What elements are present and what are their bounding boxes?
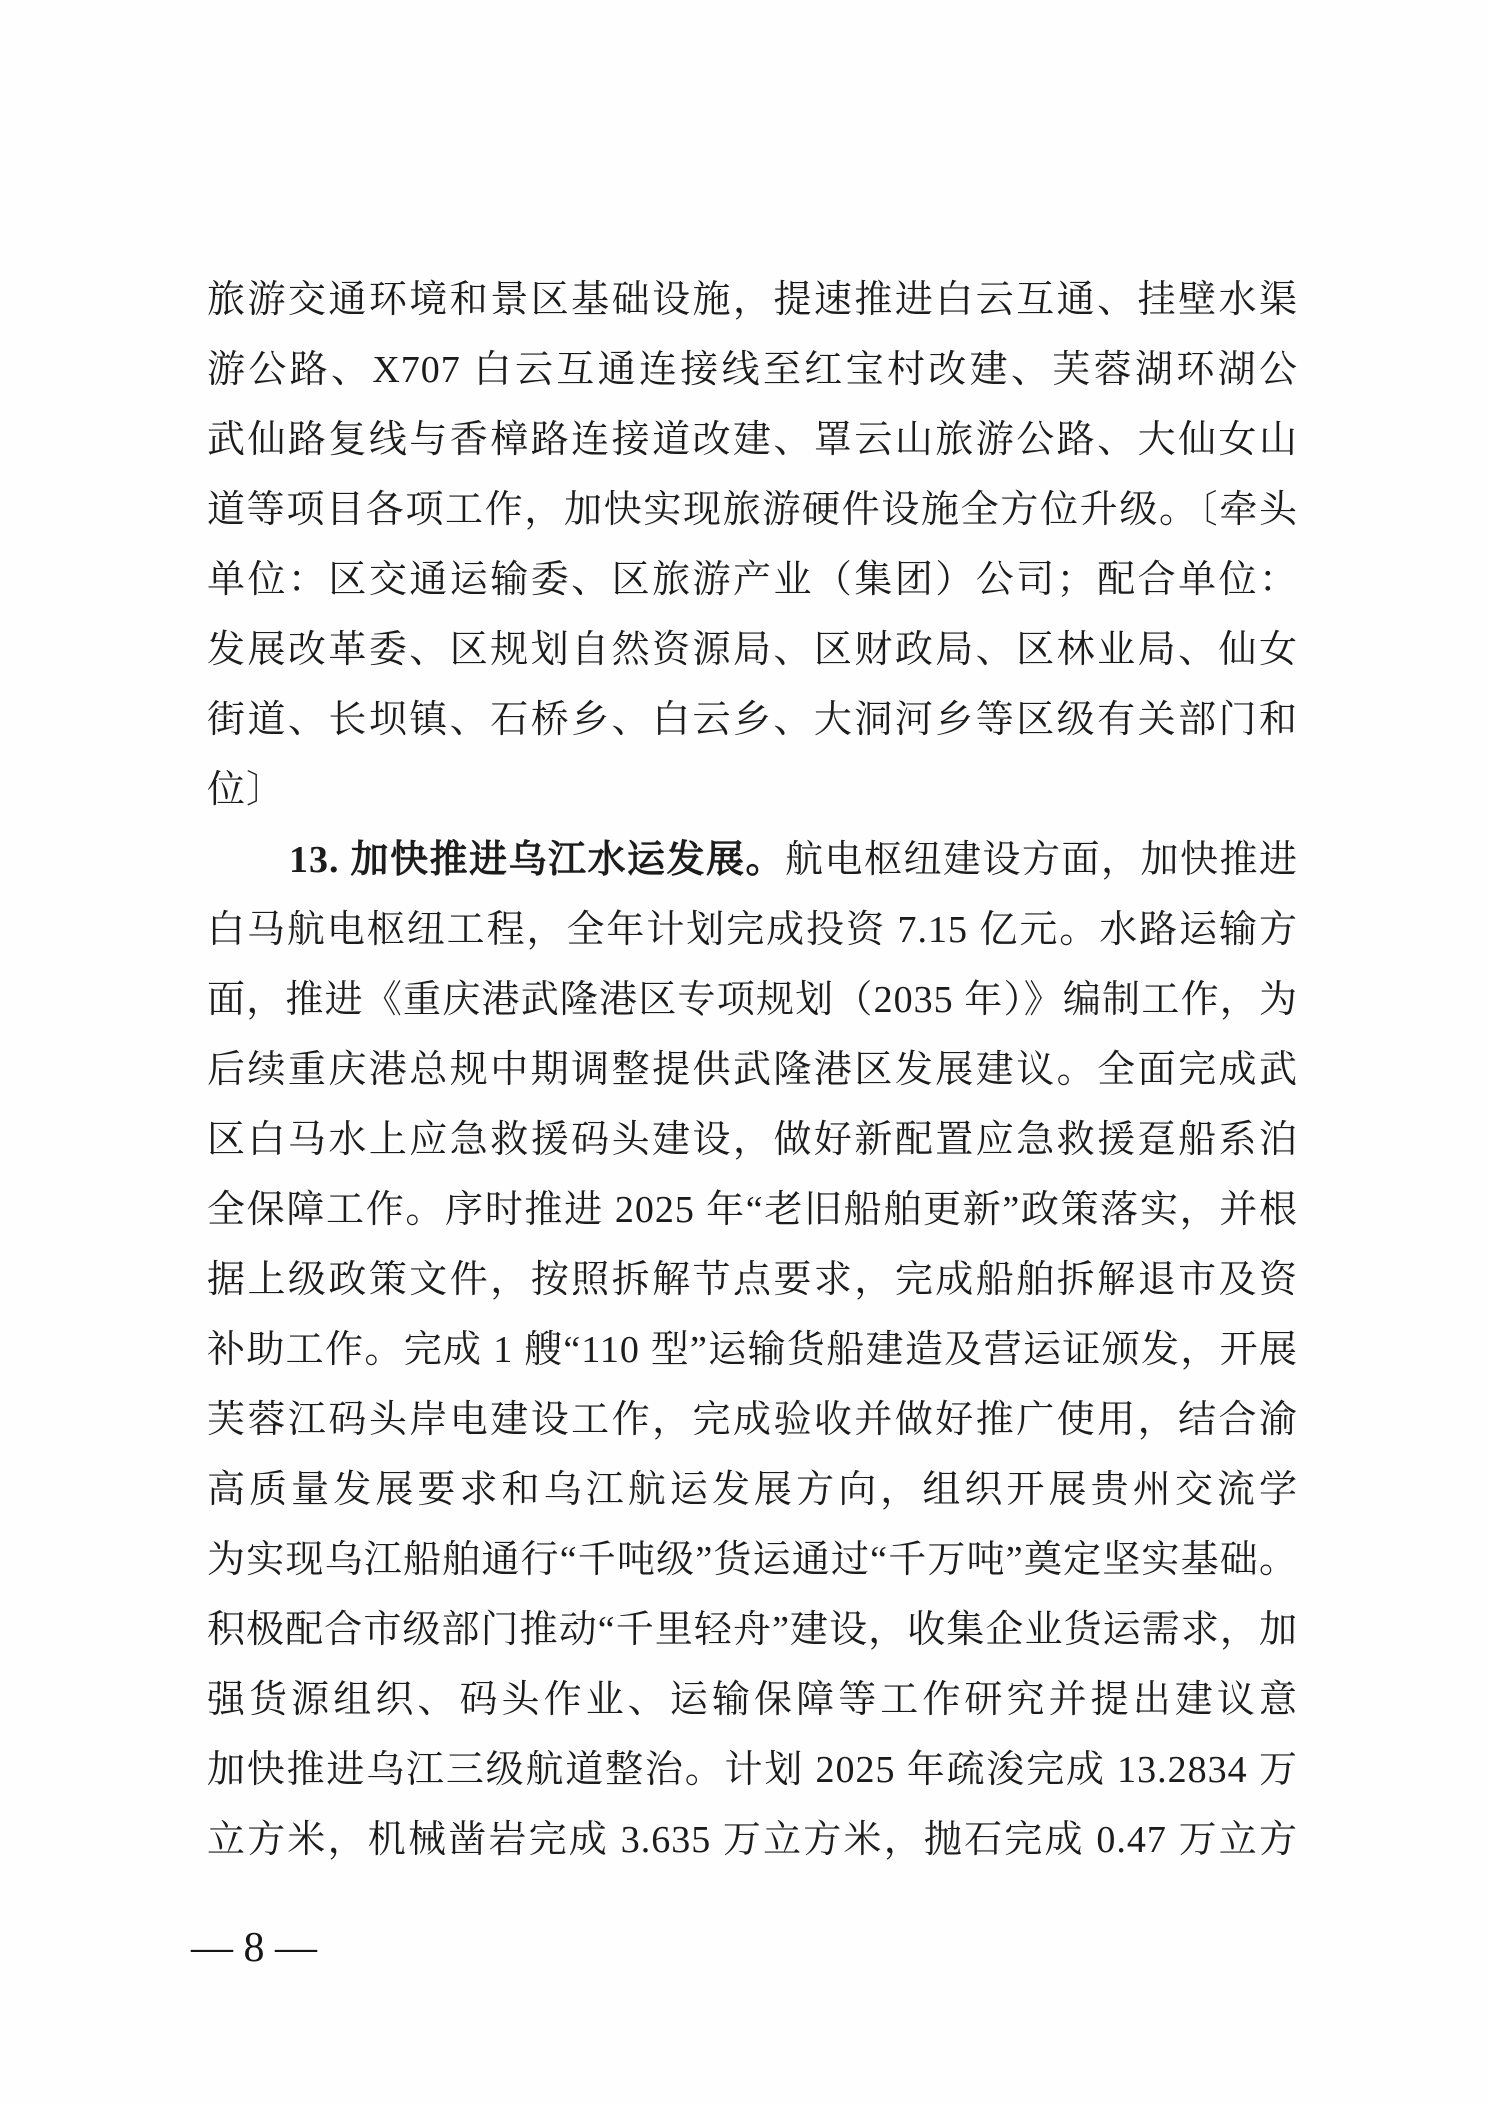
- item-13-heading: 13. 加快推进乌江水运发展。: [289, 839, 785, 881]
- text-line: 立方米，机械凿岩完成 3.635 万立方米，抛石完成 0.47 万立方米，: [207, 1805, 1298, 1875]
- text-line: 加快推进乌江三级航道整治。计划 2025 年疏浚完成 13.2834 万: [207, 1735, 1298, 1805]
- document-page: 旅游交通环境和景区基础设施，提速推进白云互通、挂壁水渠旅 游公路、X707 白云…: [0, 0, 1488, 2104]
- text-line: 补助工作。完成 1 艘“110 型”运输货船建造及营运证颁发，开展: [207, 1315, 1298, 1385]
- text-line: 为实现乌江船舶通行“千吨级”货运通过“千万吨”奠定坚实基础。: [207, 1525, 1298, 1595]
- text-line: 区白马水上应急救援码头建设，做好新配置应急救援趸船系泊安: [207, 1105, 1298, 1175]
- text-line: 武仙路复线与香樟路连接道改建、罩云山旅游公路、大仙女山环: [207, 405, 1298, 475]
- text-line: 后续重庆港总规中期调整提供武隆港区发展建议。全面完成武隆: [207, 1035, 1298, 1105]
- text-line: 旅游交通环境和景区基础设施，提速推进白云互通、挂壁水渠旅: [207, 265, 1298, 335]
- text-line: 游公路、X707 白云互通连接线至红宝村改建、芙蓉湖环湖公路、: [207, 335, 1298, 405]
- text-line: 位〕: [207, 755, 1298, 825]
- text-line: 芙蓉江码头岸电建设工作，完成验收并做好推广使用，结合渝黔: [207, 1385, 1298, 1455]
- text-line: 街道、长坝镇、石桥乡、白云乡、大洞河乡等区级有关部门和单: [207, 685, 1298, 755]
- text-line: 13. 加快推进乌江水运发展。航电枢纽建设方面，加快推进: [207, 825, 1298, 895]
- paragraph-item-13: 13. 加快推进乌江水运发展。航电枢纽建设方面，加快推进 白马航电枢纽工程，全年…: [207, 825, 1298, 1875]
- text-line: 面，推进《重庆港武隆港区专项规划（2035 年）》编制工作，为: [207, 965, 1298, 1035]
- text-line: 强货源组织、码头作业、运输保障等工作研究并提出建议意见。: [207, 1665, 1298, 1735]
- text-line: 积极配合市级部门推动“千里轻舟”建设，收集企业货运需求，加: [207, 1595, 1298, 1665]
- page-number: — 8 —: [191, 1916, 317, 1980]
- text-line: 白马航电枢纽工程，全年计划完成投资 7.15 亿元。水路运输方: [207, 895, 1298, 965]
- paragraph-continuation: 旅游交通环境和景区基础设施，提速推进白云互通、挂壁水渠旅 游公路、X707 白云…: [207, 265, 1298, 825]
- text-line: 高质量发展要求和乌江航运发展方向，组织开展贵州交流学习，: [207, 1455, 1298, 1525]
- text-line: 单位：区交通运输委、区旅游产业（集团）公司；配合单位：区: [207, 545, 1298, 615]
- text-line: 道等项目各项工作，加快实现旅游硬件设施全方位升级。〔牵头: [207, 475, 1298, 545]
- text-line: 发展改革委、区规划自然资源局、区财政局、区林业局、仙女山: [207, 615, 1298, 685]
- text-line: 全保障工作。序时推进 2025 年“老旧船舶更新”政策落实，并根: [207, 1175, 1298, 1245]
- text-line: 据上级政策文件，按照拆解节点要求，完成船舶拆解退市及资金: [207, 1245, 1298, 1315]
- body-text: 旅游交通环境和景区基础设施，提速推进白云互通、挂壁水渠旅 游公路、X707 白云…: [207, 265, 1298, 1875]
- item-13-first-line-text: 航电枢纽建设方面，加快推进: [785, 839, 1298, 881]
